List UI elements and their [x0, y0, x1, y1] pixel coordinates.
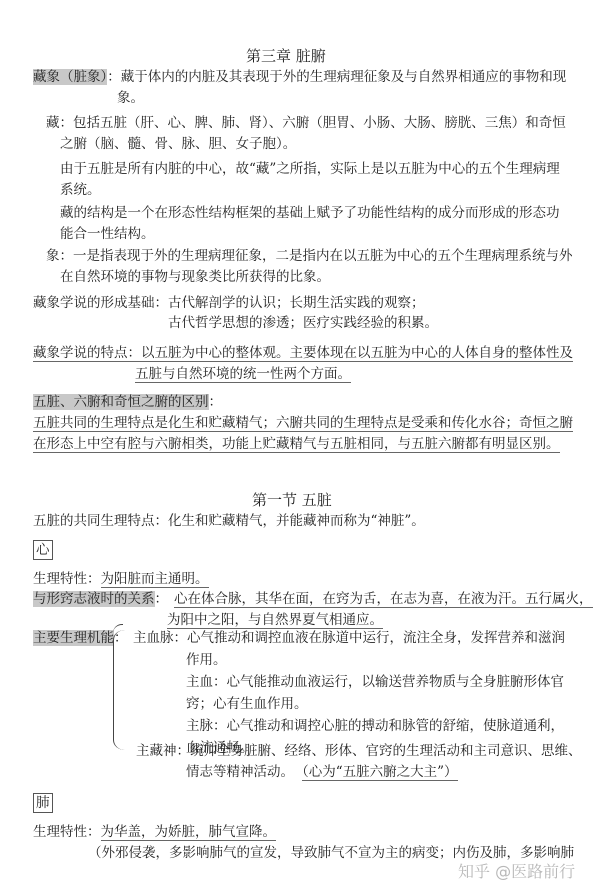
zangxiang-term: 藏象（脏象）	[33, 69, 107, 85]
five-zang-common: 五脏的共同生理特点：化生和贮藏精气，并能藏神而称为“神脏”。	[33, 511, 425, 531]
heart-spirit: 主藏神：统帅全身脏腑、经络、形体、官窍的生理活动和主司意识、思维、	[136, 741, 582, 761]
chapter-title: 第三章 脏腑	[246, 46, 326, 66]
difference-line1: 五脏共同的生理特点是化生和贮藏精气；六腑共同的生理特点是受乘和传化水谷；奇恒之腑	[33, 413, 573, 433]
zangxiang-definition: 藏象（脏象）：藏于体内的内脏及其表现于外的生理病理征象及与自然界相通应的事物和现	[33, 67, 566, 87]
zang-structure-line1: 藏的结构是一个在形态性结构框架的基础上赋予了功能性结构的成分而形成的形态功	[60, 203, 560, 223]
heart-blood-vessel-line2: 作用。	[186, 650, 227, 670]
zang-structure-line2: 能合一性结构。	[60, 224, 155, 244]
difference-heading: 五脏、六腑和奇恒之腑的区别：	[33, 392, 222, 412]
zang-include-line1: 藏：包括五脏（肝、心、脾、肺、肾）、六腑（胆胃、小肠、大肠、膀胱、三焦）和奇恒	[46, 113, 566, 133]
lung-trait: 生理特性：为华盖，为娇脏，肺气宣降。	[33, 822, 276, 842]
section-title: 第一节 五脏	[252, 490, 332, 510]
lung-heading: 肺	[33, 793, 53, 813]
heart-vessel-line1: 主脉：心气推动和调控心脏的搏动和脉管的舒缩，使脉道通利，	[186, 716, 564, 736]
heart-trait: 生理特性：为阳脏而主通明。	[33, 569, 209, 589]
zang-center-line1: 由于五脏是所有内脏的中心，故“藏”之所指，实际上是以五脏为中心的五个生理病理	[60, 159, 560, 179]
heart-spirit-line2: 情志等精神活动。（心为“五脏六腑之大主”）	[186, 762, 458, 782]
heart-heading: 心	[33, 540, 53, 560]
formation-line1: 藏象学说的形成基础：古代解剖学的认识；长期生活实践的观察；	[33, 293, 425, 313]
heart-blood-line1: 主血：心气能推动血液运行，以输送营养物质与全身脏腑形体官	[186, 672, 564, 692]
features-line1: 藏象学说的特点：以五脏为中心的整体观。主要体现在以五脏为中心的人体自身的整体性及	[33, 343, 573, 363]
heart-relation: 与形窍志液时的关系：心在体合脉，其华在面，在窍为舌，在志为喜，在液为汗。五行属火…	[33, 589, 593, 609]
zang-center-line2: 系统。	[60, 180, 101, 200]
zangxiang-def-cont: 象。	[117, 88, 144, 108]
watermark: 知乎 @医路前行	[458, 862, 575, 882]
heart-blood-line2: 窍；心有生血作用。	[186, 694, 308, 714]
features-line2: 五脏与自然环境的统一性两个方面。	[135, 364, 351, 384]
heart-blood-vessel: 主血脉：心气推动和调控血液在脉道中运行，流注全身，发挥营养和滋润	[133, 628, 565, 648]
xiang-line2: 在自然环境的事物与现象类比所获得的比象。	[60, 267, 330, 287]
brace-icon-body	[113, 630, 128, 750]
heart-relation-line2: 为阳中之阳，与自然界夏气相通应。	[167, 610, 383, 630]
lung-note-line1: （外邪侵袭，多影响肺气的宣发，导致肺气不宣为主的病变；内伤及肺，多影响肺	[88, 843, 574, 863]
formation-line2: 古代哲学思想的渗透；医疗实践经验的积累。	[168, 313, 438, 333]
difference-line2: 在形态上中空有腔与六腑相类，功能上贮藏精气与五脏相同，与五脏六腑都有明显区别。	[33, 434, 560, 454]
zang-include-line2: 之腑（脑、髓、骨、脉、胆、女子胞）。	[60, 134, 296, 154]
xiang-line1: 象：一是指表现于外的生理病理征象，二是指内在以五脏为中心的五个生理病理系统与外	[46, 246, 573, 266]
